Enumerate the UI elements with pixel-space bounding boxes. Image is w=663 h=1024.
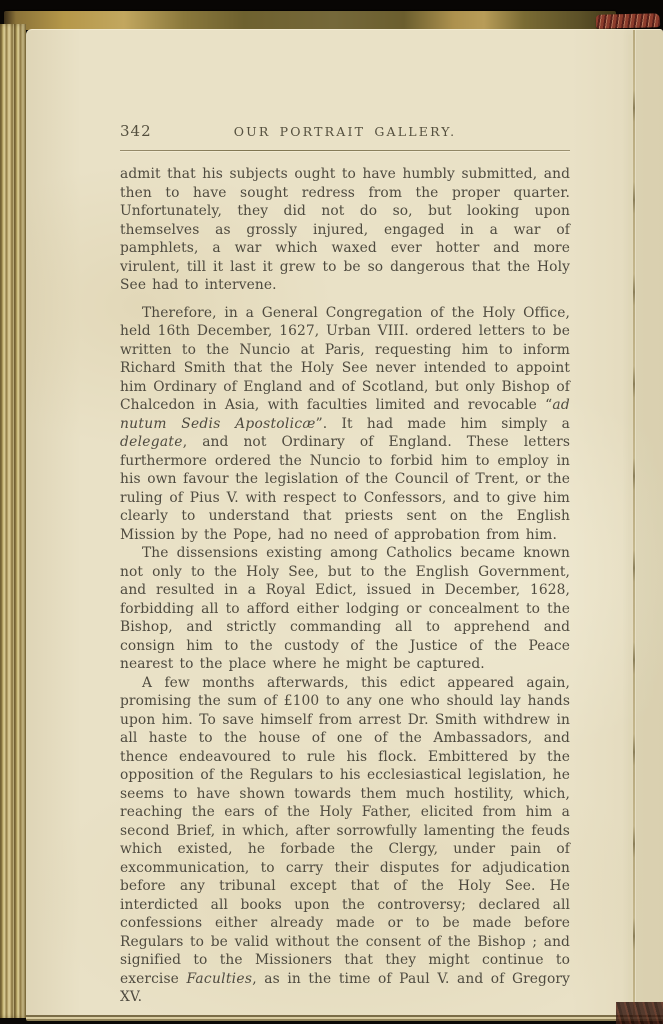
paragraph: The dissensions existing among Catholics… [120, 544, 570, 674]
page-stack-fore-edge [0, 24, 26, 1018]
running-title: OUR PORTRAIT GALLERY. [120, 124, 570, 139]
page-header: 342 OUR PORTRAIT GALLERY. [120, 122, 570, 142]
page-bottom-edges [26, 1017, 663, 1021]
paragraph: A few months afterwards, this edict appe… [120, 674, 570, 1007]
page-gutter-shade [635, 30, 663, 1015]
book-cover-corner [616, 1002, 663, 1024]
book-page: 342 OUR PORTRAIT GALLERY. admit that his… [26, 29, 663, 1017]
book-top-gilt-edge [4, 11, 616, 30]
paragraph: admit that his subjects ought to have hu… [120, 165, 570, 295]
header-rule [120, 150, 570, 151]
paragraph: Therefore, in a General Congregation of … [120, 304, 570, 545]
scanned-book-photo: { "page": { "number": "342", "running_ti… [0, 0, 663, 1024]
book-headband [596, 13, 660, 29]
text-block: admit that his subjects ought to have hu… [120, 165, 570, 1007]
